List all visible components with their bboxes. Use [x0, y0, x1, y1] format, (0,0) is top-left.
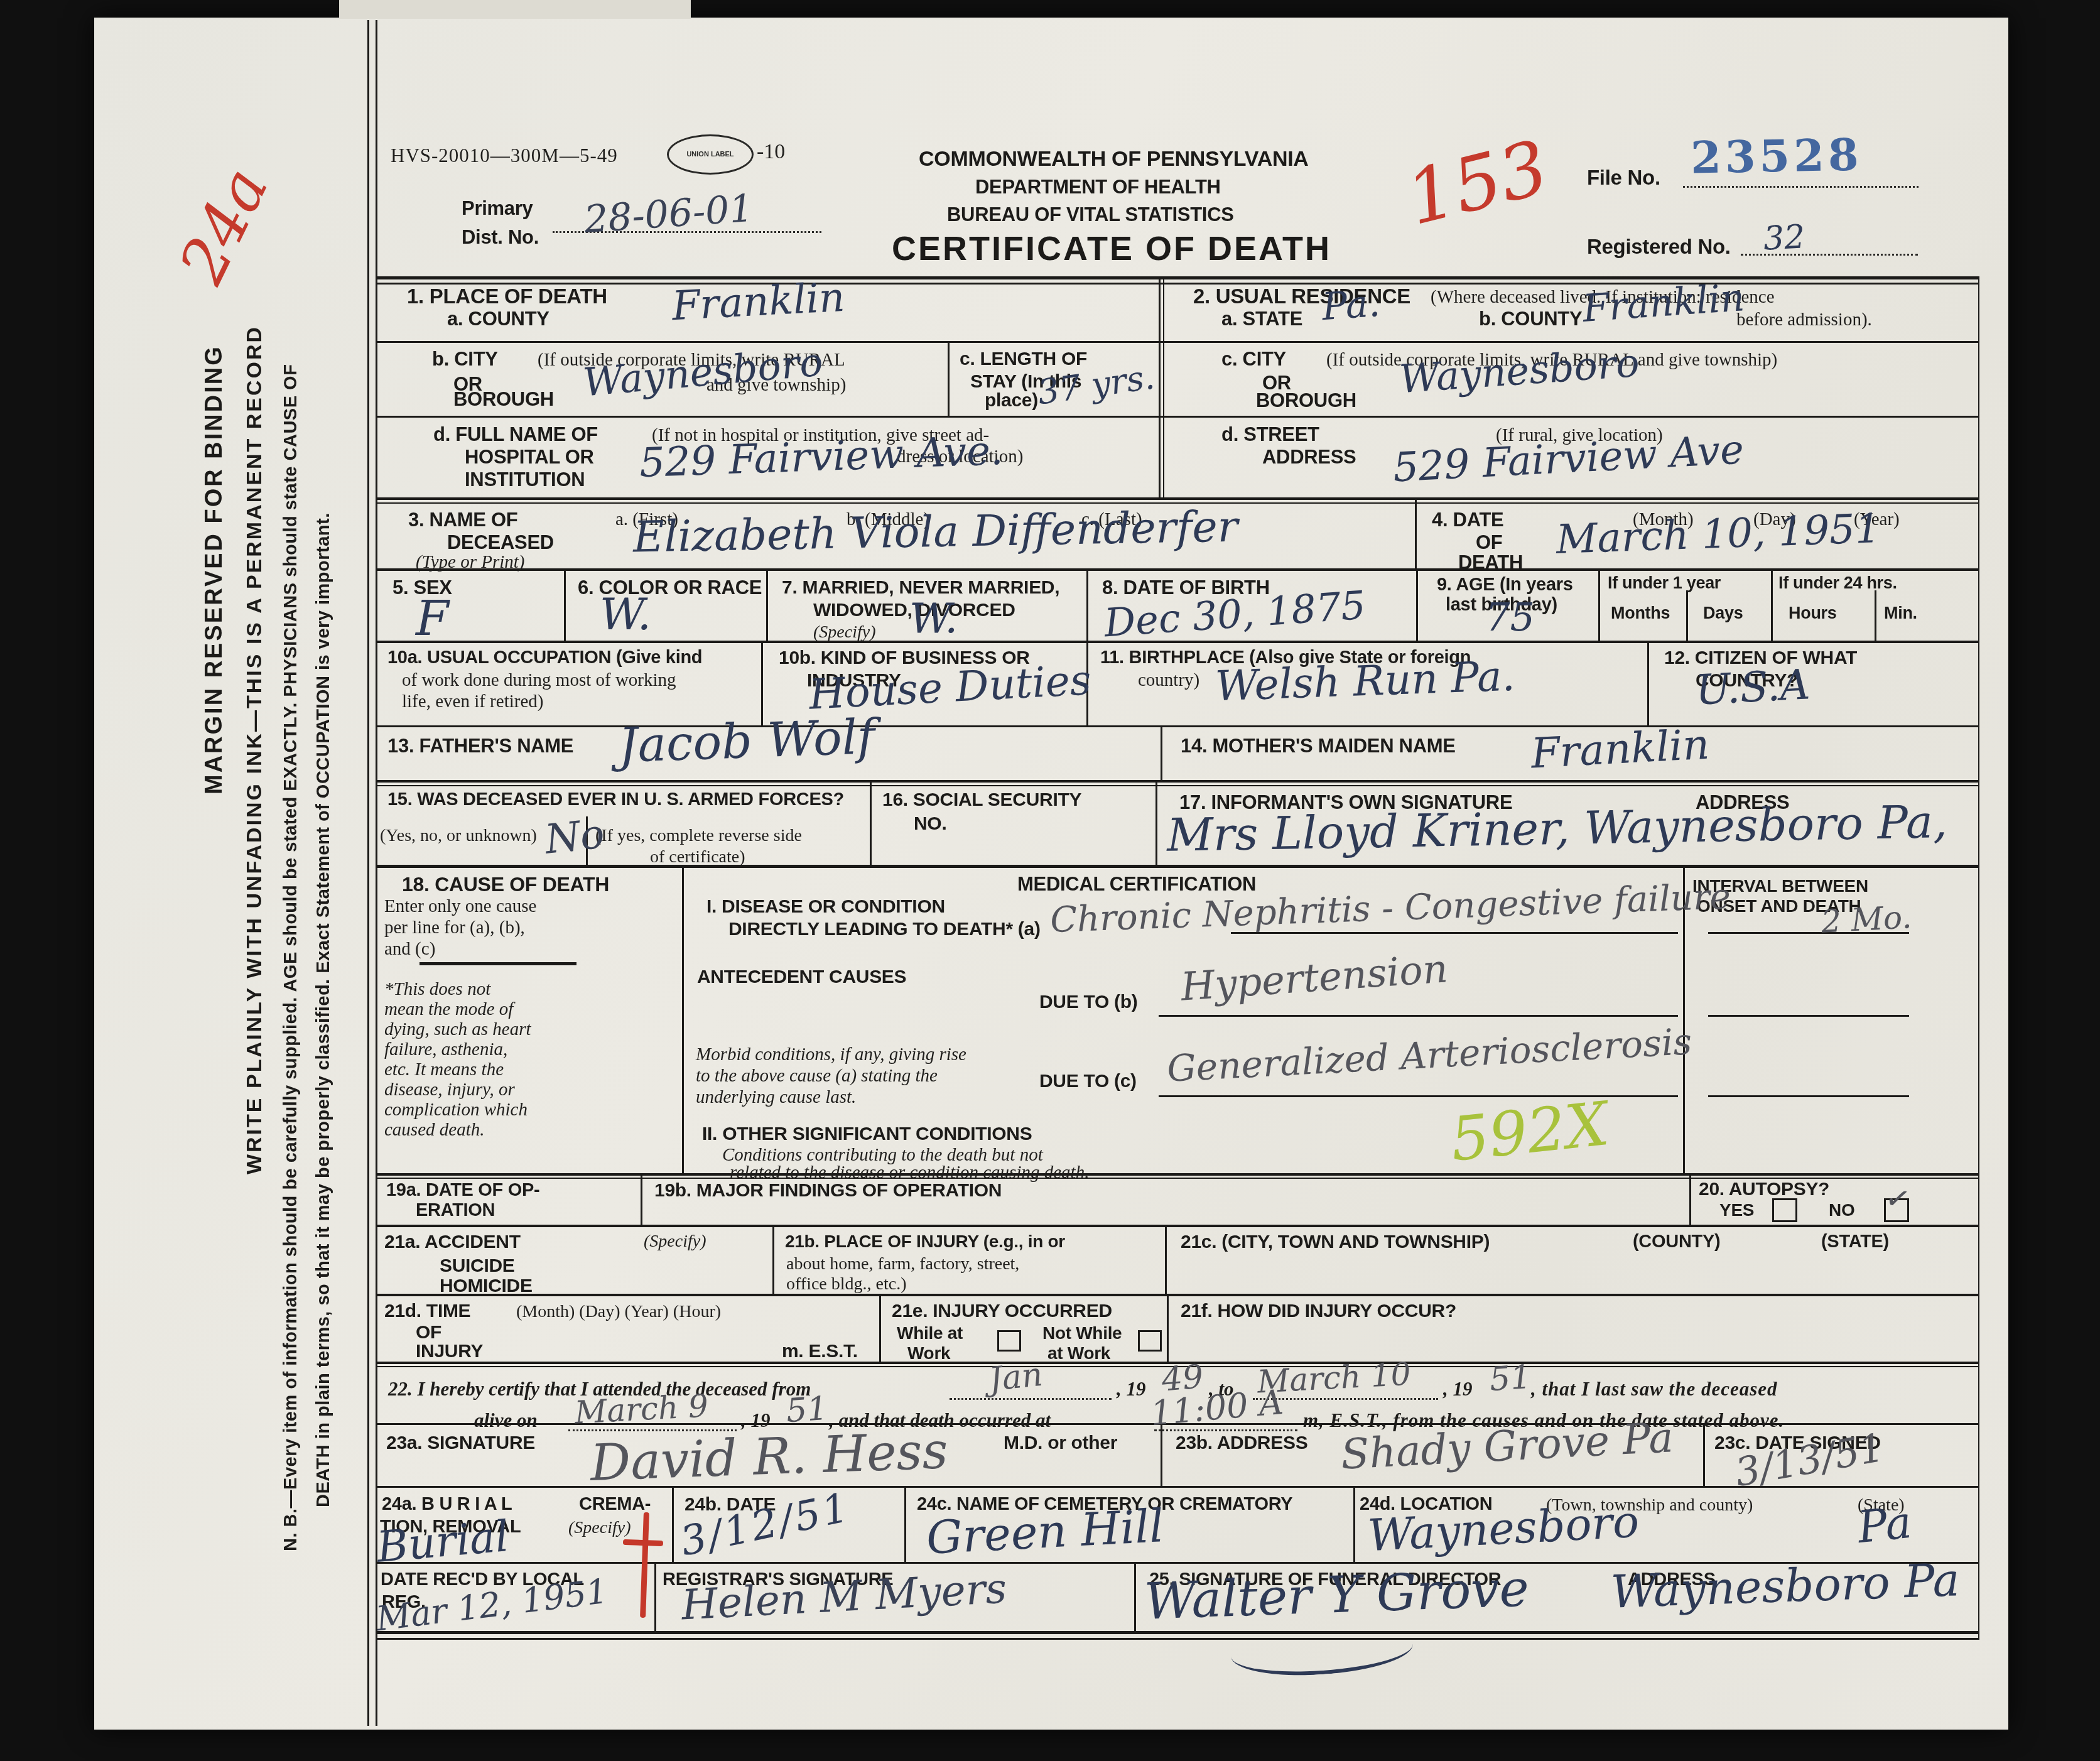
s24a-specify: (Specify): [568, 1519, 631, 1537]
s20-yes-checkbox: [1772, 1198, 1797, 1222]
rule: [377, 1173, 1979, 1176]
s18-i-l2: DIRECTLY LEADING TO DEATH* (a): [728, 919, 1041, 940]
s21c-county: (COUNTY): [1633, 1232, 1720, 1251]
s2-paren2: before admission).: [1736, 310, 1872, 329]
bureau-line: BUREAU OF VITAL STATISTICS: [947, 205, 1234, 225]
rule: [377, 785, 1979, 786]
s24d-state-value: Pa: [1855, 1500, 1913, 1551]
rule: [1703, 1423, 1705, 1486]
s21c-state: (STATE): [1821, 1232, 1889, 1251]
registered-no-value: 32: [1763, 220, 1806, 256]
s15-l3: (If yes, complete reverse side: [595, 826, 802, 845]
s15-value: No: [543, 813, 607, 862]
rule: [1163, 276, 1164, 499]
s9-min: Min.: [1884, 604, 1917, 622]
paper-edge-sliver: [339, 0, 691, 19]
rule: [1416, 568, 1418, 641]
s18-morbid2: to the above cause (a) stating the: [696, 1066, 938, 1085]
s20-yes-label: YES: [1719, 1201, 1754, 1219]
s21e-while-1: While at: [897, 1324, 963, 1342]
rule: [772, 1225, 774, 1294]
s21d-est: m. E.S.T.: [782, 1341, 858, 1362]
s21e-notwhile-checkbox: [1138, 1330, 1162, 1352]
rule: [1161, 725, 1162, 780]
s22-text-5: , that I last saw the deceased: [1531, 1379, 1778, 1400]
s23a-md-label: M.D. or other: [1004, 1433, 1117, 1453]
rule: [1708, 1095, 1909, 1097]
stamp-suffix: -10: [757, 141, 785, 163]
margin-rule-1: [367, 20, 369, 1726]
s1-title: 1. PLACE OF DEATH: [407, 286, 607, 308]
s21d-l1: 21d. TIME: [384, 1301, 470, 1321]
s22-text-4: , 19: [1443, 1379, 1473, 1400]
s24a-l1: 24a. B U R I A L: [382, 1495, 512, 1514]
s18-n2c: dying, such as heart: [384, 1020, 531, 1039]
s20-no-checkmark: ✓: [1883, 1181, 1913, 1217]
s16-l2: NO.: [914, 814, 946, 834]
s18-note1a: Enter only one cause: [384, 897, 536, 916]
s2-street-l1: d. STREET: [1221, 425, 1319, 445]
rule: [377, 641, 1979, 643]
dist-no-label: Dist. No.: [462, 227, 539, 248]
margin-note-binding: MARGIN RESERVED FOR BINDING: [202, 345, 227, 794]
s18-ii-l2: Conditions contributing to the death but…: [722, 1146, 1043, 1164]
s21a-specify: (Specify): [644, 1232, 706, 1250]
rule: [1159, 1015, 1678, 1017]
rule: [1415, 499, 1417, 568]
s25-signature-value: Walter Y Grove: [1144, 1562, 1530, 1628]
s18-antecedent: ANTECEDENT CAUSES: [697, 967, 906, 987]
union-label-stamp-icon: UNION LABEL: [667, 134, 754, 175]
s21e-notwhile-2: at Work: [1047, 1344, 1110, 1362]
rule: [1875, 590, 1876, 641]
s21d-l2: OF: [416, 1323, 441, 1343]
rule: [1231, 932, 1678, 934]
s24a-value: Burial: [375, 1514, 511, 1570]
rule: [377, 416, 1978, 418]
file-no-label: File No.: [1587, 167, 1660, 189]
rule: [1771, 568, 1773, 641]
s21a-l3: HOMICIDE: [440, 1276, 533, 1296]
rule: [948, 341, 950, 416]
s14-value: Franklin: [1530, 723, 1710, 776]
s4-l1: 4. DATE: [1432, 510, 1503, 531]
s10a-l2: of work done during most of working: [402, 671, 676, 690]
s3-l1: 3. NAME OF: [408, 510, 517, 531]
commonwealth-line: COMMONWEALTH OF PENNSYLVANIA: [919, 148, 1309, 171]
s12-value: U.S.A: [1694, 663, 1810, 712]
s7-specify: (Specify): [813, 623, 876, 641]
s18-due-c: DUE TO (c): [1039, 1071, 1137, 1092]
s3-name-value: Elizabeth Viola Diffenderfer: [632, 505, 1238, 560]
s23a-label: 23a. SIGNATURE: [386, 1433, 535, 1453]
rule: [1167, 1294, 1169, 1362]
rule: [654, 1562, 656, 1631]
s9-days: Days: [1703, 604, 1743, 622]
rule: [879, 1294, 881, 1362]
s25-address-value: Waynesboro Pa: [1610, 1556, 1961, 1616]
s21a-l1: 21a. ACCIDENT: [384, 1232, 521, 1252]
s13-label: 13. FATHER'S NAME: [387, 736, 573, 757]
s21b-l2: about home, farm, factory, street,: [786, 1255, 1019, 1273]
s11-l2: country): [1138, 671, 1199, 690]
rule: [377, 725, 1979, 727]
s9-value: 75: [1485, 597, 1535, 637]
s22-hw-from: Jan: [987, 1358, 1044, 1397]
rule: [377, 865, 1979, 868]
s18-morbid3: underlying cause last.: [696, 1088, 856, 1107]
s9-under24: If under 24 hrs.: [1778, 574, 1897, 592]
s21e-while-checkbox: [997, 1330, 1021, 1352]
rule: [904, 1486, 906, 1562]
s22-blank-1: [950, 1398, 1112, 1400]
s18-ii-l3: related to the disease or condition caus…: [730, 1163, 1089, 1182]
s20-no-label: NO: [1829, 1201, 1854, 1219]
s9-hours: Hours: [1789, 604, 1837, 622]
rule: [377, 1638, 1979, 1640]
s19a-l1: 19a. DATE OF OP-: [386, 1181, 539, 1200]
s4-value: March 10, 1951: [1556, 508, 1881, 561]
rule: [377, 1631, 1979, 1634]
primary-label: Primary: [462, 198, 533, 219]
s1-hosp-l3: INSTITUTION: [465, 470, 585, 490]
s18-n2a: *This does not: [384, 980, 490, 999]
s15-l4: of certificate): [650, 848, 745, 866]
s2-city-label: c. CITY: [1221, 349, 1286, 370]
s5-value: F: [416, 593, 449, 644]
s10a-l1: 10a. USUAL OCCUPATION (Give kind: [387, 648, 702, 667]
s22-hw-alive: March 9: [574, 1389, 709, 1429]
rule: [766, 568, 768, 641]
s10a-l3: life, even if retired): [402, 692, 543, 711]
s18-n2b: mean the mode of: [384, 1000, 513, 1019]
s24a-crema: CREMA-: [579, 1495, 651, 1514]
rule: [1686, 590, 1688, 641]
s22-hw-alive-yr: 51: [785, 1392, 829, 1429]
registered-no-line: [1741, 254, 1918, 256]
s15-l2: (Yes, no, or unknown): [380, 826, 537, 845]
s22-hw-to-yr: 51: [1488, 1360, 1532, 1397]
rule: [641, 1173, 642, 1225]
s21b-l3: office bldg., etc.): [786, 1275, 907, 1293]
file-no-value: 23528: [1690, 132, 1863, 181]
s6-value: W.: [600, 592, 651, 638]
rule: [377, 568, 1979, 571]
s18-n2e: etc. It means the: [384, 1060, 504, 1079]
rule: [1598, 568, 1600, 641]
s2-street-l2: ADDRESS: [1262, 447, 1356, 468]
s21b-l1: 21b. PLACE OF INJURY (e.g., in or: [785, 1232, 1065, 1250]
margin-note-nb-line2: DEATH in plain terms, so that it may be …: [314, 512, 333, 1507]
s1-county-label: a. COUNTY: [447, 309, 549, 330]
margin-note-nb-line1: N. B.—Every item of information should b…: [281, 364, 300, 1551]
s15-l1: 15. WAS DECEASED EVER IN U. S. ARMED FOR…: [387, 790, 844, 809]
s18-n2f: disease, injury, or: [384, 1080, 515, 1099]
s22-text-2: , 19: [1117, 1379, 1146, 1400]
rule: [1159, 276, 1161, 499]
s22-text-6: alive on: [474, 1411, 538, 1431]
s19b-label: 19b. MAJOR FINDINGS OF OPERATION: [654, 1181, 1002, 1201]
s18-note1b: per line for (a), (b),: [384, 918, 525, 937]
s2-state-label: a. STATE: [1221, 309, 1302, 330]
s21a-l2: SUICIDE: [440, 1256, 515, 1276]
s18-note1c: and (c): [384, 940, 435, 958]
s18-ii-l1: II. OTHER SIGNIFICANT CONDITIONS: [702, 1124, 1032, 1144]
s4-l3: DEATH: [1458, 553, 1523, 573]
s1-hosp-l2: HOSPITAL OR: [465, 447, 594, 468]
rule: [1161, 1423, 1162, 1486]
s9-months: Months: [1611, 604, 1670, 622]
s13-value: Jacob Wolf: [618, 712, 876, 771]
s1-county-value: Franklin: [671, 277, 845, 328]
registered-no-label: Registered No.: [1587, 236, 1731, 258]
s18-a-interval: 2 Mo.: [1821, 901, 1913, 938]
s1-borough: BOROUGH: [453, 389, 554, 410]
scanned-death-certificate: 24a MARGIN RESERVED FOR BINDING WRITE PL…: [0, 0, 2100, 1761]
s3-l2: DECEASED: [447, 533, 554, 553]
rule: [377, 1294, 1979, 1296]
s18-n2h: caused death.: [384, 1120, 484, 1139]
s23b-label: 23b. ADDRESS: [1176, 1433, 1307, 1453]
s2-borough: BOROUGH: [1256, 391, 1356, 411]
rule: [1647, 641, 1649, 725]
rule: [1708, 1015, 1909, 1017]
s1-stay-l3: place): [985, 391, 1038, 411]
s3-l3: (Type or Print): [416, 553, 524, 572]
form-number: HVS-20010—300M—5-49: [391, 146, 618, 166]
rule: [1978, 276, 1979, 1639]
s20-label: 20. AUTOPSY?: [1699, 1179, 1829, 1200]
s19a-l2: ERATION: [416, 1201, 495, 1220]
s9-l1: 9. AGE (In years: [1437, 575, 1573, 594]
department-line: DEPARTMENT OF HEALTH: [975, 177, 1221, 198]
rule: [672, 1486, 674, 1562]
rule: [682, 865, 684, 1173]
s18-n2d: failure, asthenia,: [384, 1040, 507, 1059]
rule: [419, 962, 576, 965]
margin-note-ink: WRITE PLAINLY WITH UNFADING INK—THIS IS …: [244, 325, 266, 1174]
s18-medcert: MEDICAL CERTIFICATION: [1017, 874, 1256, 895]
s16-l1: 16. SOCIAL SECURITY: [882, 790, 1081, 810]
s21e-while-2: Work: [907, 1344, 950, 1362]
s18-morbid1: Morbid conditions, if any, giving rise: [696, 1045, 966, 1064]
rule: [1134, 1562, 1136, 1631]
s23a-signature-value: David R. Hess: [590, 1424, 949, 1490]
rule: [1353, 1486, 1355, 1562]
rule: [1086, 568, 1088, 641]
s14-label: 14. MOTHER'S MAIDEN NAME: [1181, 736, 1456, 757]
rule: [1165, 1225, 1167, 1294]
s18-n2g: complication which: [384, 1100, 528, 1119]
s18-i-l1: I. DISEASE OR CONDITION: [706, 897, 945, 917]
s4-l2: OF: [1476, 533, 1502, 553]
s18-green-code: 592X: [1448, 1092, 1611, 1172]
s18-due-b: DUE TO (b): [1039, 992, 1137, 1012]
rule: [377, 497, 1979, 500]
file-no-line: [1683, 186, 1919, 188]
rule: [1689, 1173, 1691, 1225]
rule: [564, 568, 566, 641]
rule: [377, 780, 1979, 783]
s21d-parens: (Month) (Day) (Year) (Hour): [516, 1303, 721, 1321]
rule: [377, 1225, 1979, 1227]
s21c-label: 21c. (CITY, TOWN AND TOWNSHIP): [1181, 1232, 1490, 1252]
s1-city-label: b. CITY: [432, 349, 498, 370]
certificate-title: CERTIFICATE OF DEATH: [892, 231, 1331, 267]
rule: [377, 341, 1978, 343]
s21e-notwhile-1: Not While: [1042, 1324, 1122, 1342]
s2-county-label: b. COUNTY: [1479, 309, 1582, 330]
s1-stay-l1: c. LENGTH OF: [960, 349, 1087, 369]
s11-value: Welsh Run Pa.: [1215, 654, 1516, 708]
s21d-l3: INJURY: [416, 1341, 483, 1362]
s9-under1yr: If under 1 year: [1608, 574, 1721, 592]
s1-hosp-l1: d. FULL NAME OF: [433, 425, 598, 445]
s7-value: W.: [909, 597, 958, 640]
s21e-label: 21e. INJURY OCCURRED: [892, 1301, 1112, 1321]
rule: [1156, 780, 1157, 865]
s18-title: 18. CAUSE OF DEATH: [402, 874, 609, 896]
s2-state-value: Pa.: [1321, 284, 1382, 327]
s21f-label: 21f. HOW DID INJURY OCCUR?: [1181, 1301, 1456, 1321]
s24c-value: Green Hill: [925, 1502, 1165, 1562]
rule: [870, 780, 872, 865]
